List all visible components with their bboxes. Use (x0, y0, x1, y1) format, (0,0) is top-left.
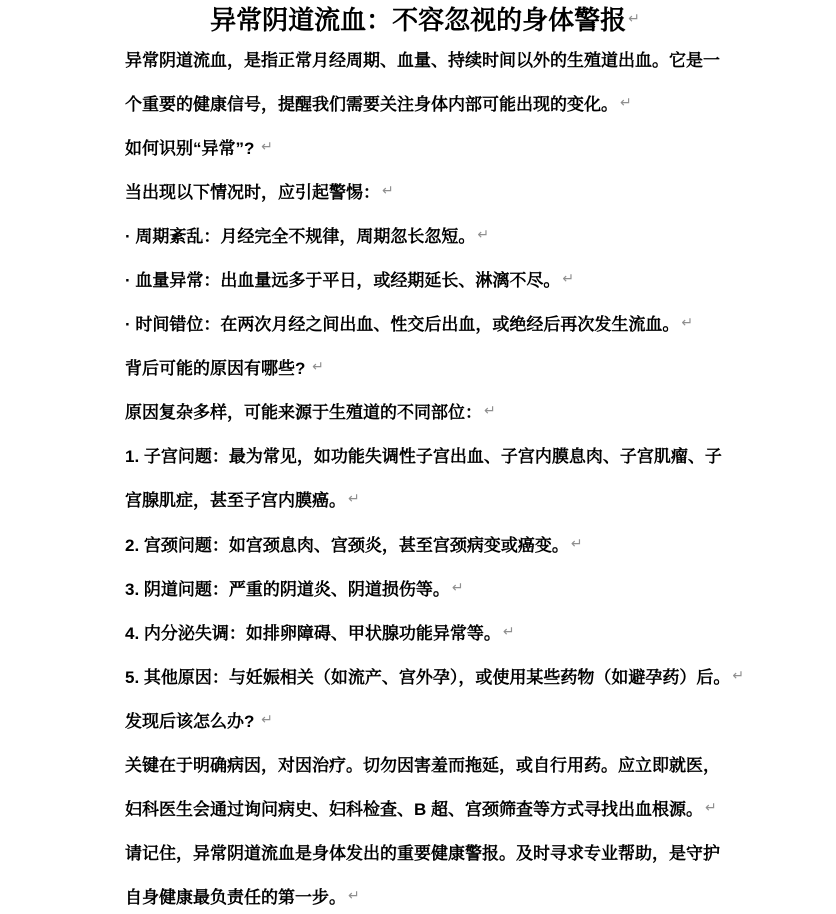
paragraph-mark-icon: ↵ (628, 10, 640, 27)
text-run: 1. 子宫问题：最为常见，如功能失调性子宫出血、子宫内膜息肉、子宫肌瘤、子 (125, 442, 722, 467)
paragraph-mark-icon: ↵ (348, 490, 360, 507)
text-run: 请记住，异常阴道流血是身体发出的重要健康警报。及时寻求专业帮助，是守护 (125, 839, 720, 864)
text-line: 妇科医生会通过询问病史、妇科检查、B 超、宫颈筛查等方式寻找出血根源。↵ (125, 786, 737, 830)
paragraph: 1. 子宫问题：最为常见，如功能失调性子宫出血、子宫内膜息肉、子宫肌瘤、子宫腺肌… (125, 433, 737, 521)
paragraph-mark-icon: ↵ (348, 887, 360, 904)
paragraph-mark-icon: ↵ (562, 270, 574, 287)
text-line: 异常阴道流血，是指正常月经周期、血量、持续时间以外的生殖道出血。它是一 (125, 36, 737, 80)
paragraph-mark-icon: ↵ (503, 623, 515, 640)
title-text: 异常阴道流血：不容忽视的身体警报 (210, 0, 626, 37)
text-line: 3. 阴道问题：严重的阴道炎、阴道损伤等。↵ (125, 565, 737, 609)
paragraph-mark-icon: ↵ (261, 138, 273, 155)
paragraph-mark-icon: ↵ (312, 358, 324, 375)
text-run: 背后可能的原因有哪些? (125, 354, 310, 379)
text-line: 关键在于明确病因，对因治疗。切勿因害羞而拖延，或自行用药。应立即就医， (125, 742, 737, 786)
text-line: · 血量异常：出血量远多于平日，或经期延长、淋漓不尽。↵ (125, 256, 737, 300)
text-line: 个重要的健康信号，提醒我们需要关注身体内部可能出现的变化。↵ (125, 80, 737, 124)
text-line: 1. 子宫问题：最为常见，如功能失调性子宫出血、子宫内膜息肉、子宫肌瘤、子 (125, 433, 737, 477)
paragraph: 当出现以下情况时，应引起警惕：↵ (125, 168, 737, 212)
text-line: 发现后该怎么办? ↵ (125, 697, 737, 741)
paragraph-mark-icon: ↵ (620, 94, 632, 111)
paragraph-mark-icon: ↵ (732, 667, 744, 684)
text-line: 原因复杂多样，可能来源于生殖道的不同部位：↵ (125, 389, 737, 433)
document-page: 异常阴道流血：不容忽视的身体警报 ↵ 异常阴道流血，是指正常月经周期、血量、持续… (0, 0, 836, 914)
paragraph: 3. 阴道问题：严重的阴道炎、阴道损伤等。↵ (125, 565, 737, 609)
text-line: 自身健康最负责任的第一步。↵ (125, 874, 737, 914)
text-run: 4. 内分泌失调：如排卵障碍、甲状腺功能异常等。 (125, 619, 501, 644)
paragraph: 关键在于明确病因，对因治疗。切勿因害羞而拖延，或自行用药。应立即就医，妇科医生会… (125, 742, 737, 830)
text-run: · 时间错位：在两次月经之间出血、性交后出血，或绝经后再次发生流血。 (125, 310, 679, 335)
text-line: 5. 其他原因：与妊娠相关（如流产、宫外孕），或使用某些药物（如避孕药）后。↵ (125, 653, 737, 697)
paragraph: 如何识别“异常”? ↵ (125, 124, 737, 168)
paragraph: 2. 宫颈问题：如宫颈息肉、宫颈炎，甚至宫颈病变或癌变。↵ (125, 521, 737, 565)
text-run: 2. 宫颈问题：如宫颈息肉、宫颈炎，甚至宫颈病变或癌变。 (125, 531, 569, 556)
text-line: · 时间错位：在两次月经之间出血、性交后出血，或绝经后再次发生流血。↵ (125, 301, 737, 345)
paragraph-mark-icon: ↵ (484, 402, 496, 419)
text-line: 2. 宫颈问题：如宫颈息肉、宫颈炎，甚至宫颈病变或癌变。↵ (125, 521, 737, 565)
text-line: 宫腺肌症，甚至子宫内膜癌。↵ (125, 477, 737, 521)
text-run: 原因复杂多样，可能来源于生殖道的不同部位： (125, 398, 482, 423)
text-run: 当出现以下情况时，应引起警惕： (125, 178, 380, 203)
text-line: 请记住，异常阴道流血是身体发出的重要健康警报。及时寻求专业帮助，是守护 (125, 830, 737, 874)
paragraph: 4. 内分泌失调：如排卵障碍、甲状腺功能异常等。↵ (125, 609, 737, 653)
paragraph-mark-icon: ↵ (705, 799, 717, 816)
text-run: 个重要的健康信号，提醒我们需要关注身体内部可能出现的变化。 (125, 90, 618, 115)
paragraph-mark-icon: ↵ (382, 182, 394, 199)
text-run: · 血量异常：出血量远多于平日，或经期延长、淋漓不尽。 (125, 266, 560, 291)
paragraph-mark-icon: ↵ (261, 711, 273, 728)
document-title: 异常阴道流血：不容忽视的身体警报 ↵ (125, 0, 725, 36)
paragraph: 请记住，异常阴道流血是身体发出的重要健康警报。及时寻求专业帮助，是守护自身健康最… (125, 830, 737, 914)
text-run: 妇科医生会通过询问病史、妇科检查、B 超、宫颈筛查等方式寻找出血根源。 (125, 795, 703, 820)
text-line: · 周期紊乱：月经完全不规律，周期忽长忽短。↵ (125, 212, 737, 256)
text-line: 4. 内分泌失调：如排卵障碍、甲状腺功能异常等。↵ (125, 609, 737, 653)
text-run: 5. 其他原因：与妊娠相关（如流产、宫外孕），或使用某些药物（如避孕药）后。 (125, 663, 730, 688)
paragraph: · 血量异常：出血量远多于平日，或经期延长、淋漓不尽。↵ (125, 256, 737, 300)
paragraph: 5. 其他原因：与妊娠相关（如流产、宫外孕），或使用某些药物（如避孕药）后。↵ (125, 653, 737, 697)
paragraph: 背后可能的原因有哪些? ↵ (125, 345, 737, 389)
text-run: 宫腺肌症，甚至子宫内膜癌。 (125, 486, 346, 511)
paragraph-mark-icon: ↵ (452, 579, 464, 596)
text-run: 自身健康最负责任的第一步。 (125, 883, 346, 908)
text-line: 如何识别“异常”? ↵ (125, 124, 737, 168)
text-run: 如何识别“异常”? (125, 134, 259, 159)
text-line: 当出现以下情况时，应引起警惕：↵ (125, 168, 737, 212)
paragraph-mark-icon: ↵ (681, 314, 693, 331)
text-line: 背后可能的原因有哪些? ↵ (125, 345, 737, 389)
document-body: 异常阴道流血：不容忽视的身体警报 ↵ 异常阴道流血，是指正常月经周期、血量、持续… (125, 0, 737, 914)
paragraph: · 时间错位：在两次月经之间出血、性交后出血，或绝经后再次发生流血。↵ (125, 301, 737, 345)
paragraph: 异常阴道流血，是指正常月经周期、血量、持续时间以外的生殖道出血。它是一个重要的健… (125, 36, 737, 124)
paragraph: 原因复杂多样，可能来源于生殖道的不同部位：↵ (125, 389, 737, 433)
text-run: 关键在于明确病因，对因治疗。切勿因害羞而拖延，或自行用药。应立即就医， (125, 751, 720, 776)
text-run: · 周期紊乱：月经完全不规律，周期忽长忽短。 (125, 222, 475, 247)
paragraph-mark-icon: ↵ (477, 226, 489, 243)
paragraph: 发现后该怎么办? ↵ (125, 697, 737, 741)
text-run: 3. 阴道问题：严重的阴道炎、阴道损伤等。 (125, 575, 450, 600)
text-run: 异常阴道流血，是指正常月经周期、血量、持续时间以外的生殖道出血。它是一 (125, 46, 720, 71)
paragraph-mark-icon: ↵ (571, 535, 583, 552)
paragraph: · 周期紊乱：月经完全不规律，周期忽长忽短。↵ (125, 212, 737, 256)
text-run: 发现后该怎么办? (125, 707, 259, 732)
